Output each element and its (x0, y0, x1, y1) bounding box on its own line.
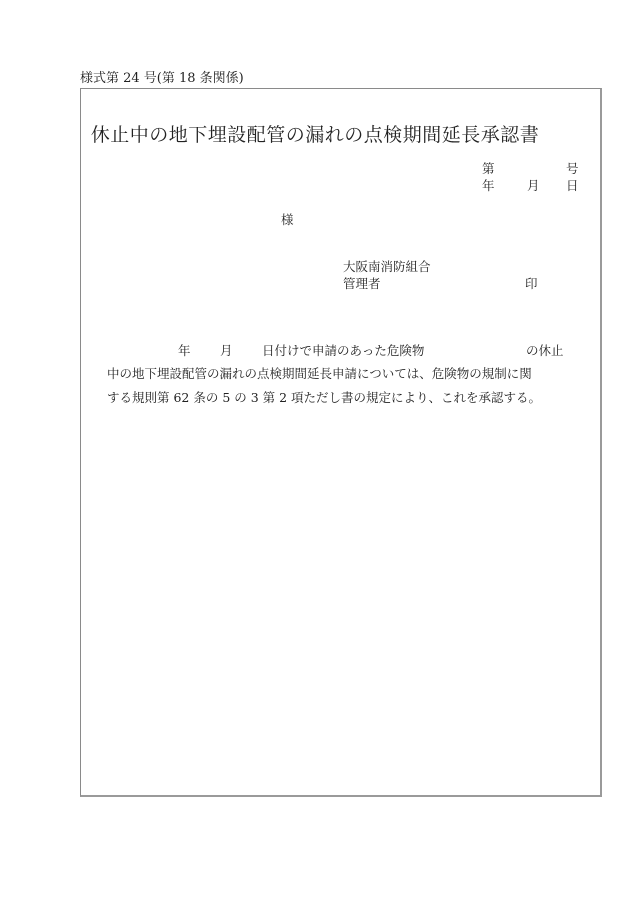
document-frame (80, 88, 602, 797)
body-line3: する規則第 62 条の 5 の 3 第 2 項ただし書の規定により、これを承認す… (107, 388, 541, 406)
body-nen: 年 (178, 341, 191, 359)
body-line2: 中の地下埋設配管の漏れの点検期間延長申請については、危険物の規制に関 (107, 364, 532, 382)
reference-go: 号 (566, 159, 579, 177)
body-line1-tail: の休止 (526, 341, 564, 359)
document-title: 休止中の地下埋設配管の漏れの点検期間延長承認書 (0, 120, 630, 147)
reference-dai: 第 (482, 159, 495, 177)
seal-mark: 印 (525, 274, 538, 292)
issuer-title: 管理者 (343, 274, 381, 292)
date-tsuki: 月 (527, 176, 540, 194)
form-number-label: 様式第 24 号(第 18 条関係) (80, 67, 244, 86)
body-tsuki: 月 (220, 341, 233, 359)
body-line1-text: 日付けで申請のあった危険物 (262, 341, 424, 359)
date-hi: 日 (566, 176, 579, 194)
date-nen: 年 (482, 176, 495, 194)
addressee-suffix: 様 (281, 210, 294, 228)
issuer-organization: 大阪南消防組合 (343, 257, 431, 275)
